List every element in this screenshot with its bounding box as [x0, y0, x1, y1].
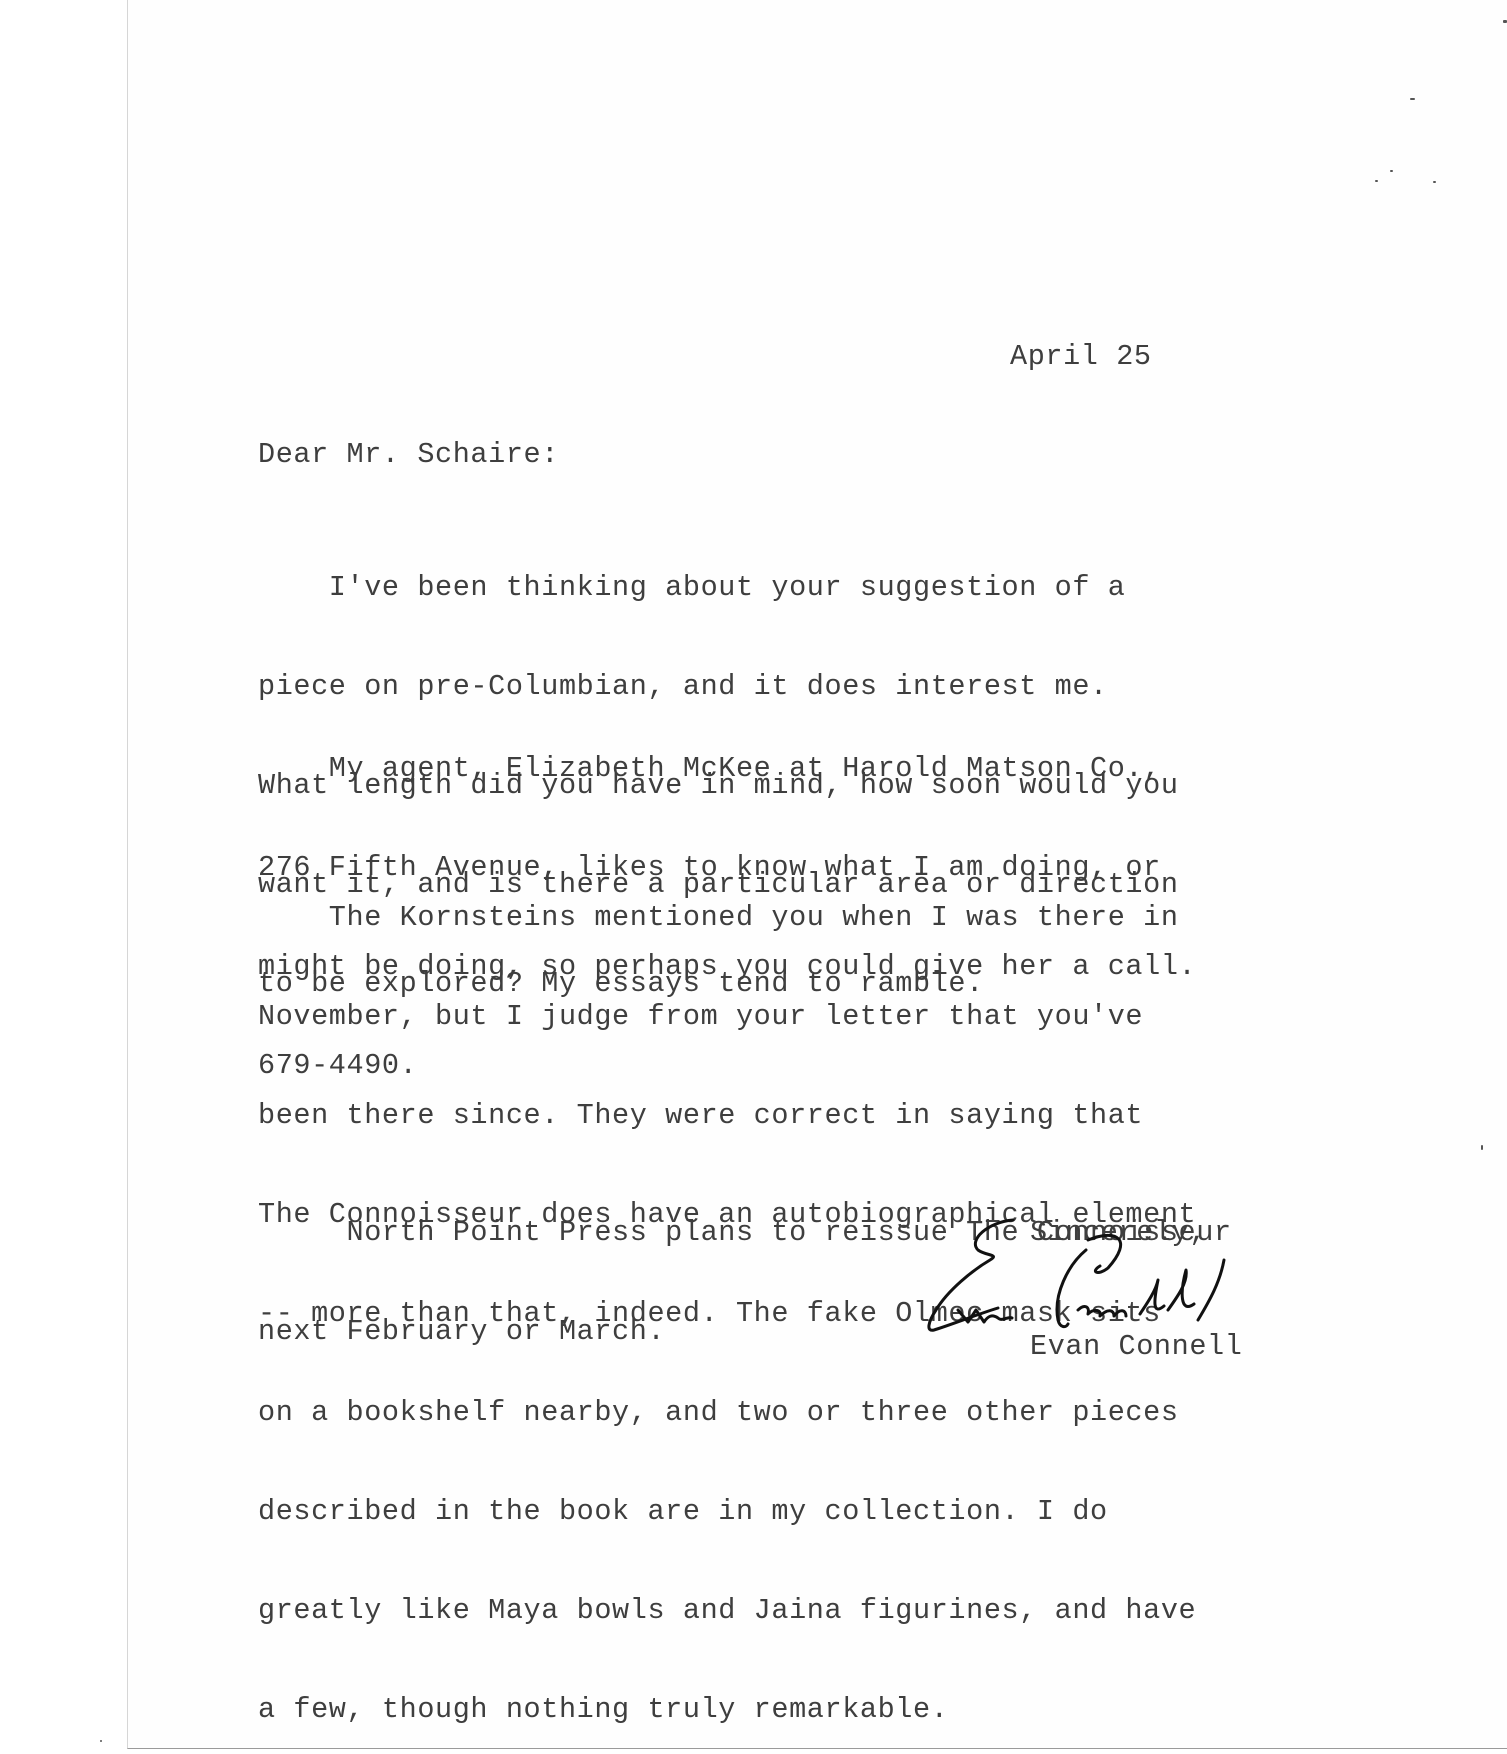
- scan-speck: [1503, 20, 1507, 23]
- paragraph-line: described in the book are in my collecti…: [258, 1495, 1196, 1528]
- paragraph-line: The Kornsteins mentioned you when I was …: [258, 901, 1196, 934]
- paragraph-line: November, but I judge from your letter t…: [258, 1000, 1196, 1033]
- paragraph-line: a few, though nothing truly remarkable.: [258, 1693, 1196, 1726]
- scan-speck: [1433, 181, 1436, 183]
- paragraph-line: I've been thinking about your suggestion…: [258, 571, 1179, 604]
- typed-signature-name: Evan Connell: [1030, 1330, 1242, 1363]
- scan-speck: [1410, 98, 1415, 100]
- salutation: Dear Mr. Schaire:: [258, 438, 559, 471]
- paragraph-line: been there since. They were correct in s…: [258, 1099, 1196, 1132]
- scan-speck: [1390, 170, 1393, 172]
- paragraph-line: on a bookshelf nearby, and two or three …: [258, 1396, 1196, 1429]
- scan-speck: [1481, 1145, 1483, 1150]
- scan-speck: [1375, 180, 1378, 182]
- handwritten-signature: [918, 1210, 1278, 1340]
- paragraph-line: greatly like Maya bowls and Jaina figuri…: [258, 1594, 1196, 1627]
- scan-speck: [100, 1740, 102, 1742]
- letter-date: April 25: [1010, 340, 1152, 373]
- paragraph-line: My agent, Elizabeth McKee at Harold Mats…: [258, 752, 1196, 785]
